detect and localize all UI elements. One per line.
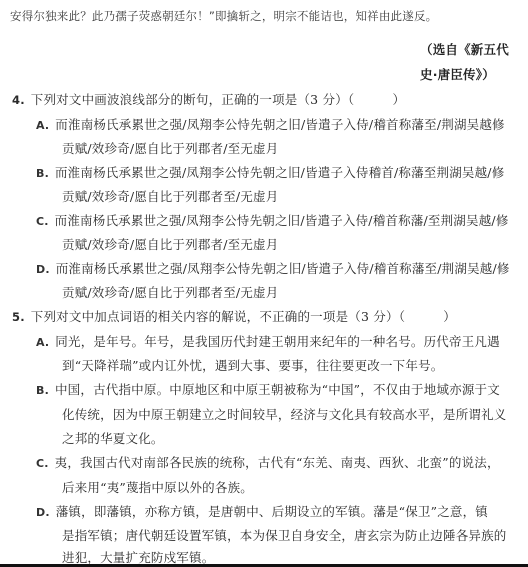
option-text: 而淮南杨氏承累世之强/凤翔李公恃先朝之旧/皆遣子入侍/稽首称藩至/荆湖吴越/修 xyxy=(56,261,510,276)
question-4-stem: 4.下列对文中画波浪线部分的断句，正确的一项是（3 分）（ ） xyxy=(12,92,405,108)
option-label: B. xyxy=(36,384,49,397)
option-text: 中国，古代指中原。中原地区和中原王朝被称为“中国”，不仅由于地域亦源于文 xyxy=(55,382,500,397)
option-label: C. xyxy=(36,457,49,470)
question-5-option-c-cont: 后来用“夷”蔑指中原以外的各族。 xyxy=(62,480,253,496)
option-label: D. xyxy=(36,263,50,276)
question-5-option-c: C.夷，我国古代对南部各民族的统称，古代有“东羌、南夷、西狄、北蛮”的说法， xyxy=(36,455,500,472)
question-4-option-d-cont: 贡赋/效珍奇/愿自比于列郡者至/无虚月 xyxy=(62,285,278,301)
question-5-option-d-cont1: 是指军镇；唐代朝廷设置军镇，本为保卫自身安全，唐玄宗为防止边陲各异族的 xyxy=(62,528,507,544)
question-stem-text: 下列对文中画波浪线部分的断句，正确的一项是（3 分）（ ） xyxy=(31,92,405,107)
option-text: 而淮南杨氏承累世之强/凤翔李公恃先朝之旧/皆遣子入侍/稽首称藩/至荆湖吴越/修 xyxy=(55,213,509,228)
option-text: 而淮南杨氏承累世之强/凤翔李公恃先朝之旧/皆遣子入侍/稽首称藩至/荆湖吴越修 xyxy=(55,117,504,132)
question-5-option-d: D.藩镇，即藩镇，亦称方镇，是唐朝中、后期设立的军镇。藩是“保卫”之意，镇 xyxy=(36,504,488,521)
question-4-option-b-cont: 贡赋/效珍奇/愿自比于列郡者至/无虚月 xyxy=(62,189,278,205)
question-4-option-a-cont: 贡赋/效珍奇/愿自比于列郡者/至无虚月 xyxy=(62,141,278,157)
question-4-option-c: C.而淮南杨氏承累世之强/凤翔李公恃先朝之旧/皆遣子入侍/稽首称藩/至荆湖吴越/… xyxy=(36,213,509,230)
question-5-option-b-cont1: 化传统，因为中原王朝建立之时间较早，经济与文化具有较高水平，是所谓礼义 xyxy=(62,407,507,423)
option-text: 同光，是年号。年号，是我国历代封建王朝用来纪年的一种名号。历代帝王凡遇 xyxy=(55,334,500,349)
question-5-option-b-cont2: 之邦的华夏文化。 xyxy=(62,431,164,447)
option-label: A. xyxy=(36,336,49,349)
question-4-option-d: D.而淮南杨氏承累世之强/凤翔李公恃先朝之旧/皆遣子入侍/稽首称藩至/荆湖吴越/… xyxy=(36,261,510,278)
source-citation-line2: 史·唐臣传》） xyxy=(420,67,495,83)
option-label: B. xyxy=(36,167,49,180)
option-label: C. xyxy=(36,215,49,228)
question-number: 5. xyxy=(12,310,25,324)
source-citation-line1: （选自《新五代 xyxy=(420,42,509,58)
question-5-option-a-cont: 到“天降祥瑞”或内讧外忧，遇到大事、要事，往往要更改一下年号。 xyxy=(62,358,443,374)
question-5-option-b: B.中国，古代指中原。中原地区和中原王朝被称为“中国”，不仅由于地域亦源于文 xyxy=(36,382,500,399)
question-5-option-a: A.同光，是年号。年号，是我国历代封建王朝用来纪年的一种名号。历代帝王凡遇 xyxy=(36,334,500,351)
question-5-stem: 5.下列对文中加点词语的相关内容的解说，不正确的一项是（3 分）（ ） xyxy=(12,309,456,325)
option-text: 藩镇，即藩镇，亦称方镇，是唐朝中、后期设立的军镇。藩是“保卫”之意，镇 xyxy=(56,504,488,519)
question-stem-text: 下列对文中加点词语的相关内容的解说，不正确的一项是（3 分）（ ） xyxy=(31,309,456,324)
option-text: 夷，我国古代对南部各民族的统称，古代有“东羌、南夷、西狄、北蛮”的说法， xyxy=(55,455,500,470)
option-text: 而淮南杨氏承累世之强/凤翔李公恃先朝之旧/皆遣子入侍稽首/称藩至荆湖吴越/修 xyxy=(55,165,504,180)
option-label: A. xyxy=(36,119,49,132)
exam-page: 安得尔独来此？此乃孺子荧惑朝廷尔！”即擒斩之，明宗不能诘也，知祥由此遂反。 （选… xyxy=(0,0,528,567)
option-label: D. xyxy=(36,506,50,519)
passage-closing-line: 安得尔独来此？此乃孺子荧惑朝廷尔！”即擒斩之，明宗不能诘也，知祥由此遂反。 xyxy=(10,8,437,24)
question-4-option-c-cont: 贡赋/效珍奇/愿自比于列郡者/至无虚月 xyxy=(62,237,278,253)
question-number: 4. xyxy=(12,93,25,107)
question-4-option-b: B.而淮南杨氏承累世之强/凤翔李公恃先朝之旧/皆遣子入侍稽首/称藩至荆湖吴越/修 xyxy=(36,165,504,182)
question-4-option-a: A.而淮南杨氏承累世之强/凤翔李公恃先朝之旧/皆遣子入侍/稽首称藩至/荆湖吴越修 xyxy=(36,117,505,134)
